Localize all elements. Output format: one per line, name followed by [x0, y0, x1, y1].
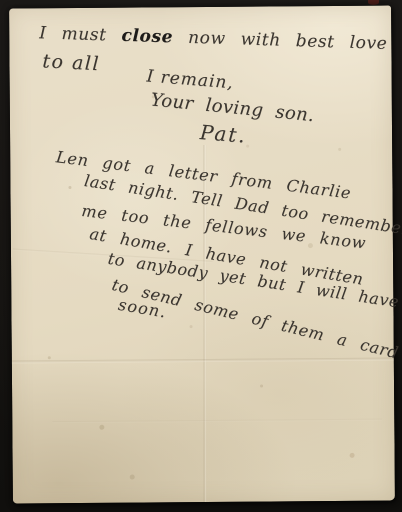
- archival-edge-mark: [368, 0, 379, 5]
- letter-scan: I must close now with best love to all I…: [0, 0, 402, 512]
- letter-page: I must close now with best love to all I…: [9, 6, 395, 504]
- signature: Pat.: [199, 120, 248, 148]
- valediction-line-2: Your loving son.: [150, 89, 315, 126]
- fold-crease-lower: [52, 419, 382, 424]
- closing-text: now with best love: [173, 27, 388, 54]
- closing-text: I must: [39, 23, 122, 46]
- closing-line-2: to all: [42, 50, 101, 75]
- closing-text-retraced: close: [121, 26, 173, 48]
- fold-crease-horizontal: [12, 357, 394, 363]
- paper-foxing-specks: [9, 8, 12, 11]
- closing-line-1: I must close now with best love: [39, 23, 388, 54]
